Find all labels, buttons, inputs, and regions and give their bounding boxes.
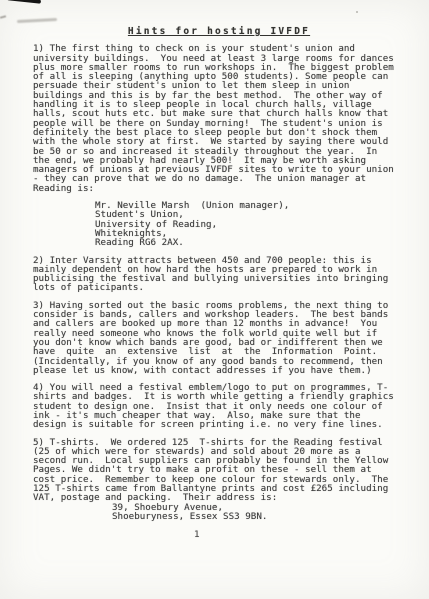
- paragraph-4-emblem-logo: 4) You will need a festival emblem/logo …: [33, 383, 405, 429]
- address-ballantyne-prints: 39, Shoebury Avenue, Shoeburyness, Essex…: [33, 503, 405, 522]
- paragraph-5-tshirts: 5) T-shirts. We ordered 125 T-shirts for…: [33, 438, 405, 503]
- paragraph-2-attendance: 2) Inter Varsity attracts between 450 an…: [33, 256, 405, 293]
- scan-smudge-edge: [0, 15, 6, 18]
- page-number: 1: [194, 529, 200, 540]
- document-title: Hints for hosting IVFDF: [33, 27, 405, 36]
- address-union-manager: Mr. Neville Marsh (Union manager), Stude…: [33, 201, 405, 247]
- scanned-page: Hints for hosting IVFDF 1) The first thi…: [0, 0, 429, 599]
- paragraph-1-rooms-and-sleeping: 1) The first thing to check on is your s…: [33, 44, 405, 193]
- paragraph-3-bands-callers: 3) Having sorted out the basic rooms pro…: [33, 301, 405, 375]
- pen-mark-top-left: [7, 0, 41, 3]
- document-body: Hints for hosting IVFDF 1) The first thi…: [33, 27, 405, 521]
- scan-smudge-top-left: [17, 18, 57, 23]
- scan-speck: [356, 11, 358, 13]
